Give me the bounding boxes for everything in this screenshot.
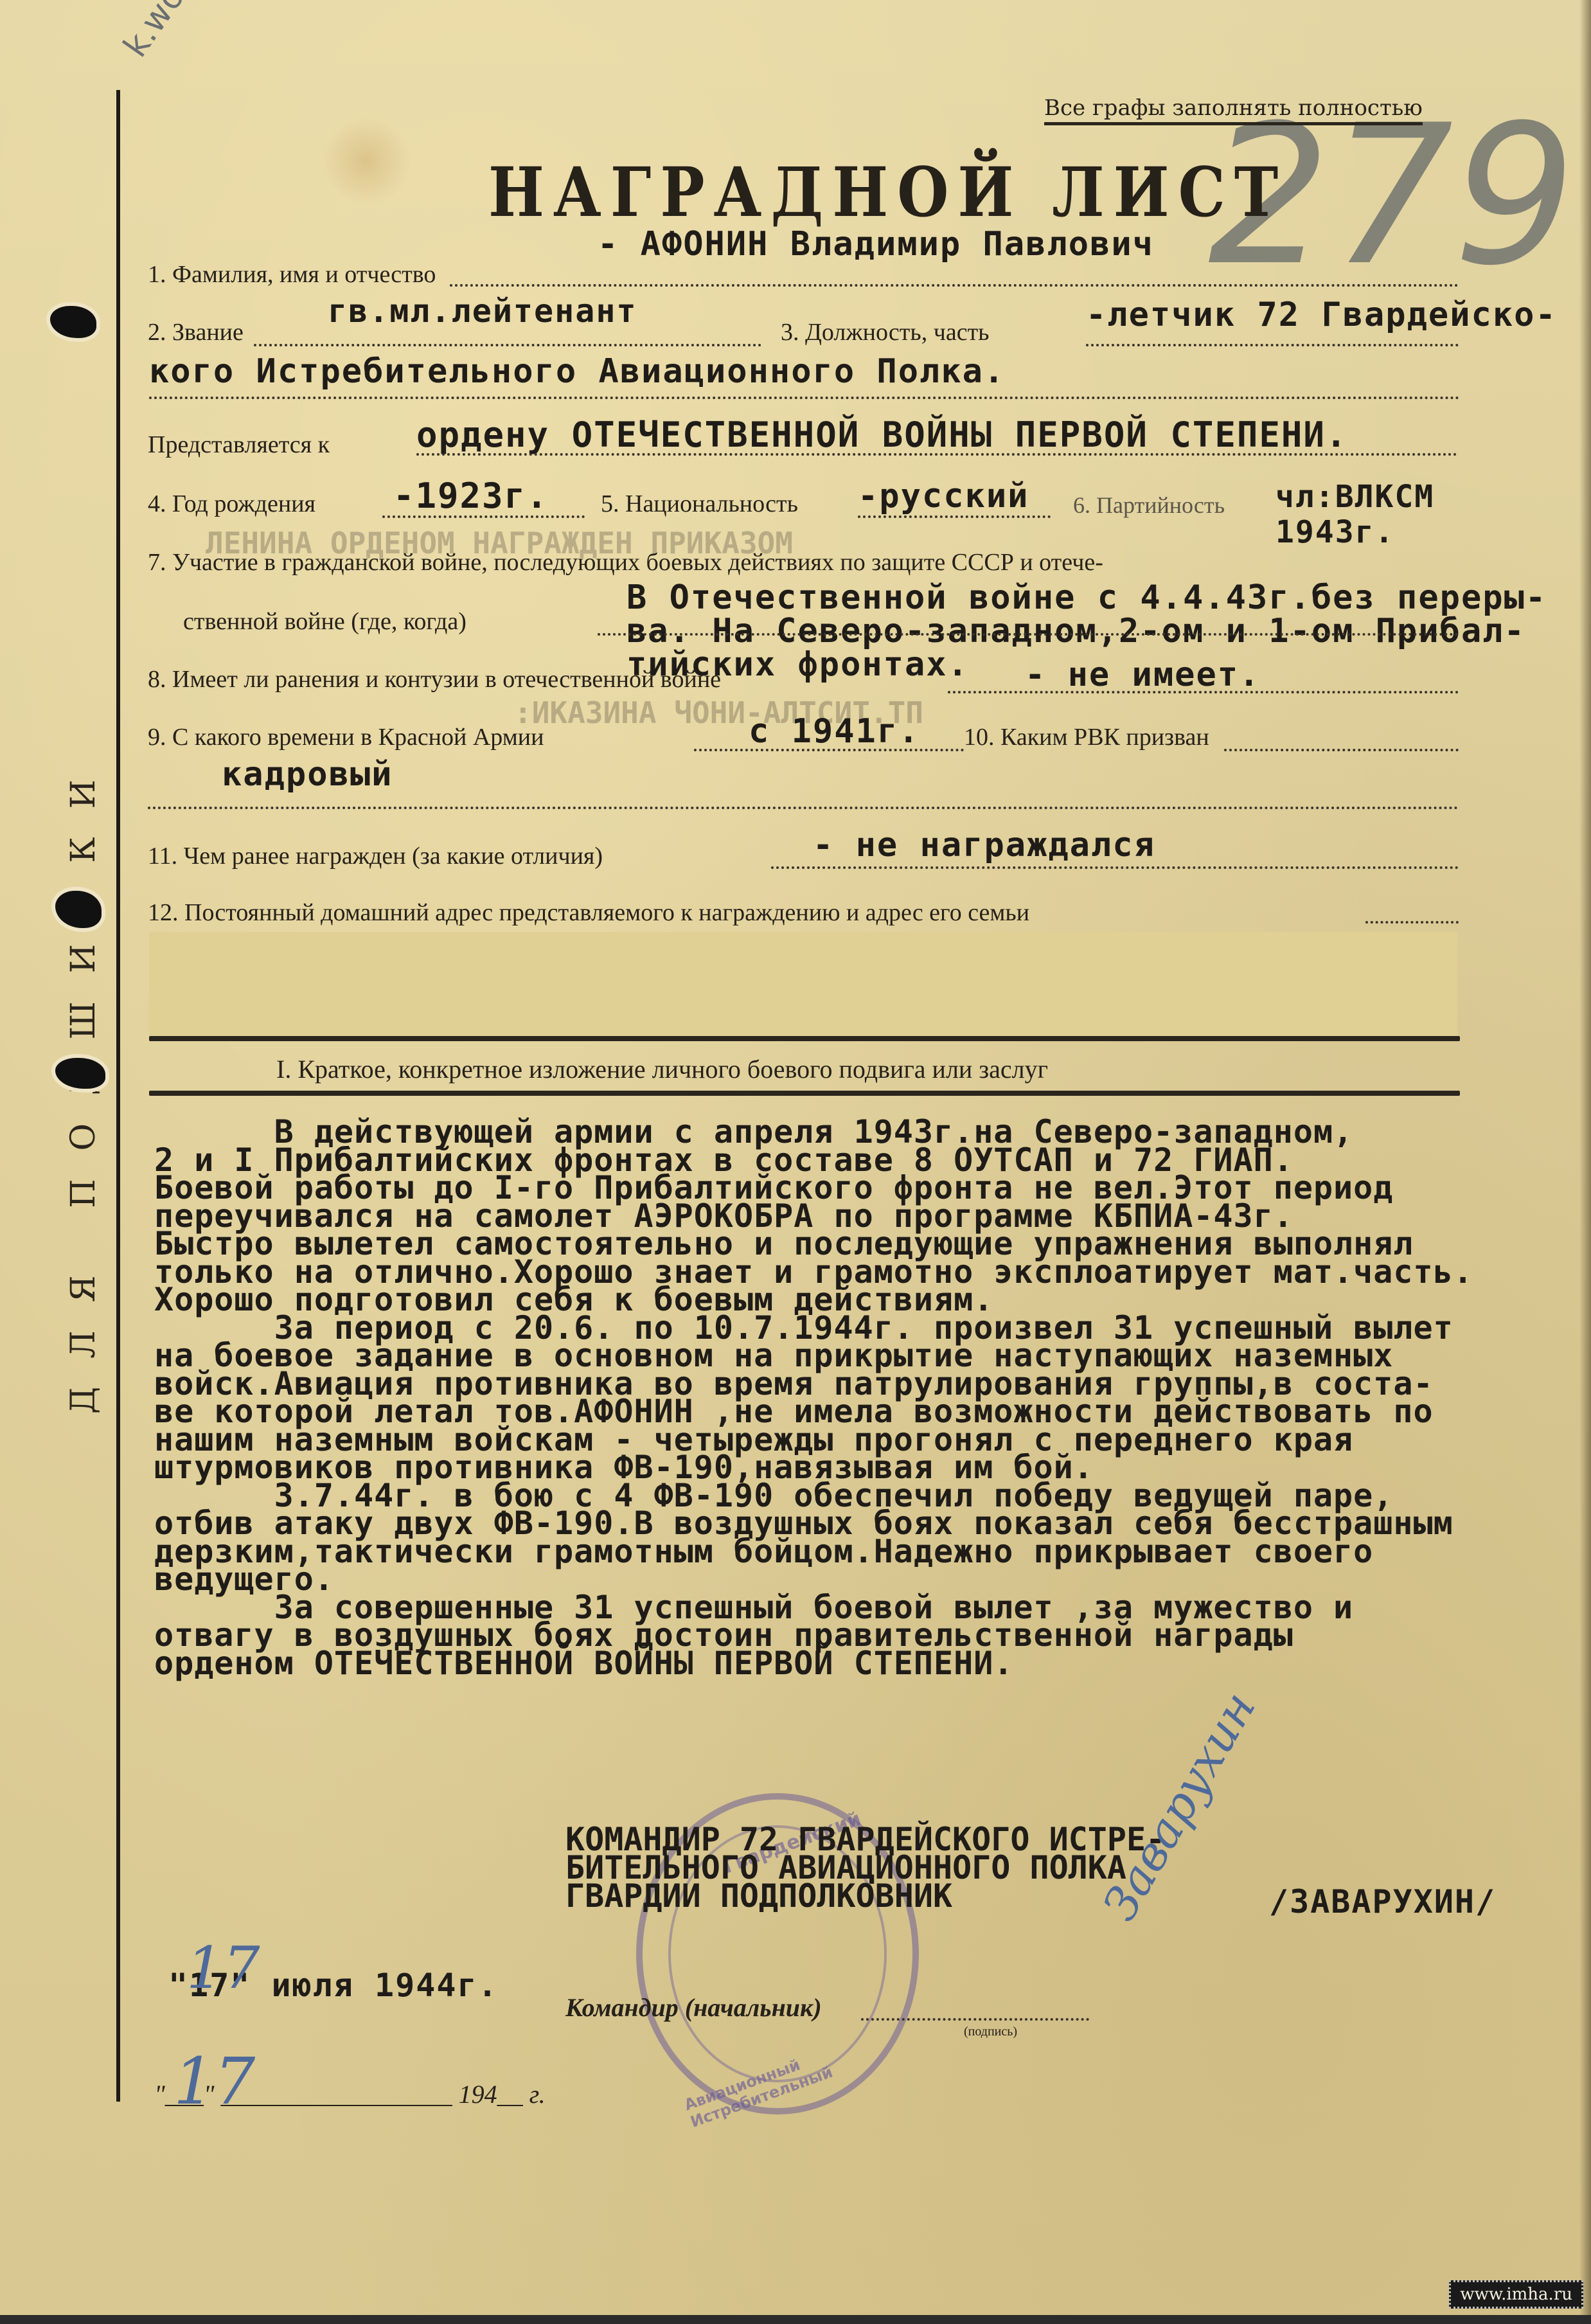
position-label: 3. Должность, часть [781, 318, 990, 346]
date-day-handwritten: 17 [186, 1935, 260, 2002]
nationality-label: 5. Национальность [601, 490, 798, 518]
award-value: ордену ОТЕЧЕСТВЕННОЙ ВОЙНЫ ПЕРВОЙ СТЕПЕН… [416, 415, 1347, 455]
nationality-value: -русский [858, 477, 1029, 515]
position-value-continued: кого Истребительного Авиационного Полка. [149, 352, 1005, 391]
birth-year-value: -1923г. [393, 476, 549, 516]
army-since-value-continued: кадровый [222, 755, 393, 794]
fill-all-fields-notice: Все графы заполнять полностью [1044, 95, 1423, 125]
war-participation-label: 7. Участие в гражданской войне, последую… [148, 548, 1103, 577]
dotted-line [254, 344, 761, 346]
party-label: 6. Партийность [1073, 492, 1225, 519]
section-rule [149, 1036, 1460, 1041]
home-address-label: 12. Постоянный домашний адрес представля… [148, 898, 1029, 927]
handwritten-signature: Заварухин [1092, 1683, 1266, 1929]
full-name-value: - АФОНИН Владимир Павлович [598, 225, 1154, 264]
dotted-line [382, 515, 585, 518]
dotted-line [858, 515, 1051, 518]
signatory-name: /ЗАВАРУХИН/ [1269, 1883, 1496, 1920]
punch-hole-icon [46, 302, 100, 342]
dotted-line [1365, 921, 1459, 924]
draft-office-label: 10. Каким РВК призван [964, 723, 1209, 751]
dotted-line [771, 866, 1459, 869]
citation-text: В действующей армии с апреля 1943г.на Се… [154, 1118, 1581, 1677]
dotted-line [148, 807, 1459, 809]
army-since-label: 9. С какого времени в Красной Армии [148, 723, 544, 751]
previous-awards-value: - не награждался [813, 826, 1155, 864]
dotted-line [149, 397, 1460, 399]
previous-awards-label: 11. Чем ранее награжден (за какие отличи… [148, 842, 603, 870]
section1-heading: I. Краткое, конкретное изложение личного… [276, 1054, 1048, 1084]
party-year-value: 1943г. [1275, 514, 1394, 550]
position-value: -летчик 72 Гвардейско- [1086, 296, 1557, 334]
scan-bottom-edge [0, 2315, 1591, 2324]
dotted-line [948, 691, 1459, 693]
pencil-note: k.wo 4ем [116, 0, 237, 64]
wounds-value: - не имеет. [1025, 656, 1260, 694]
binding-margin-line [116, 90, 120, 2102]
party-value: чл:ВЛКСМ [1275, 479, 1434, 515]
birth-year-label: 4. Год рождения [148, 490, 316, 518]
rank-label: 2. Звание [148, 318, 244, 346]
redacted-address-block [149, 932, 1457, 1036]
wounds-label: 8. Имеет ли ранения и контузии в отечест… [148, 665, 721, 693]
punch-hole-icon [51, 887, 105, 932]
rank-value: гв.мл.лейтенант [328, 292, 637, 330]
page-edge-shadow [1579, 0, 1591, 2324]
signature-line [861, 2018, 1089, 2021]
dotted-line [694, 749, 964, 751]
dotted-line [1086, 344, 1459, 346]
dotted-line [450, 284, 1459, 287]
signature-caption: (подпись) [964, 2025, 1017, 2039]
signatory-title: КОМАНДИР 72 ГВАРДЕЙСКОГО ИСТРЕ- БИТЕЛЬНО… [565, 1825, 1165, 1910]
award-sheet-page: ДЛЯ ПОДШИВКИ k.wo 4ем 279 Все графы запо… [0, 0, 1591, 2324]
army-since-value: с 1941г. [749, 712, 920, 751]
full-name-label: 1. Фамилия, имя и отчество [148, 260, 436, 289]
commander-label: Командир (начальник) [565, 1992, 822, 2023]
presented-for-label: Представляется к [148, 431, 330, 459]
citation-line: дерзким,тактически грамотным бойцом.Наде… [154, 1538, 1581, 1566]
war-participation-value: В Отечественной войне с 4.4.43г.без пере… [627, 578, 1547, 617]
dotted-line [598, 633, 1459, 636]
document-title: НАГРАДНОЙ ЛИСТ [488, 152, 1287, 232]
citation-line: орденом ОТЕЧЕСТВЕННОЙ ВОЙНЫ ПЕРВОЙ СТЕПЕ… [154, 1650, 1581, 1678]
dotted-line [416, 453, 1457, 456]
punch-hole-icon [51, 1054, 109, 1093]
source-watermark: www.imha.ru [1449, 2280, 1583, 2309]
war-participation-value: ва. На Северо-западном,2-ом и 1-ом Приба… [627, 612, 1525, 650]
section-rule [149, 1091, 1460, 1096]
dotted-line [1224, 749, 1459, 751]
war-participation-label-cont: ственной войне (где, когда) [183, 607, 467, 636]
stamp-text-bottom: Авиационный Истребительный [682, 2018, 911, 2131]
date-bottom-day-handwritten: 17 [173, 2044, 255, 2119]
